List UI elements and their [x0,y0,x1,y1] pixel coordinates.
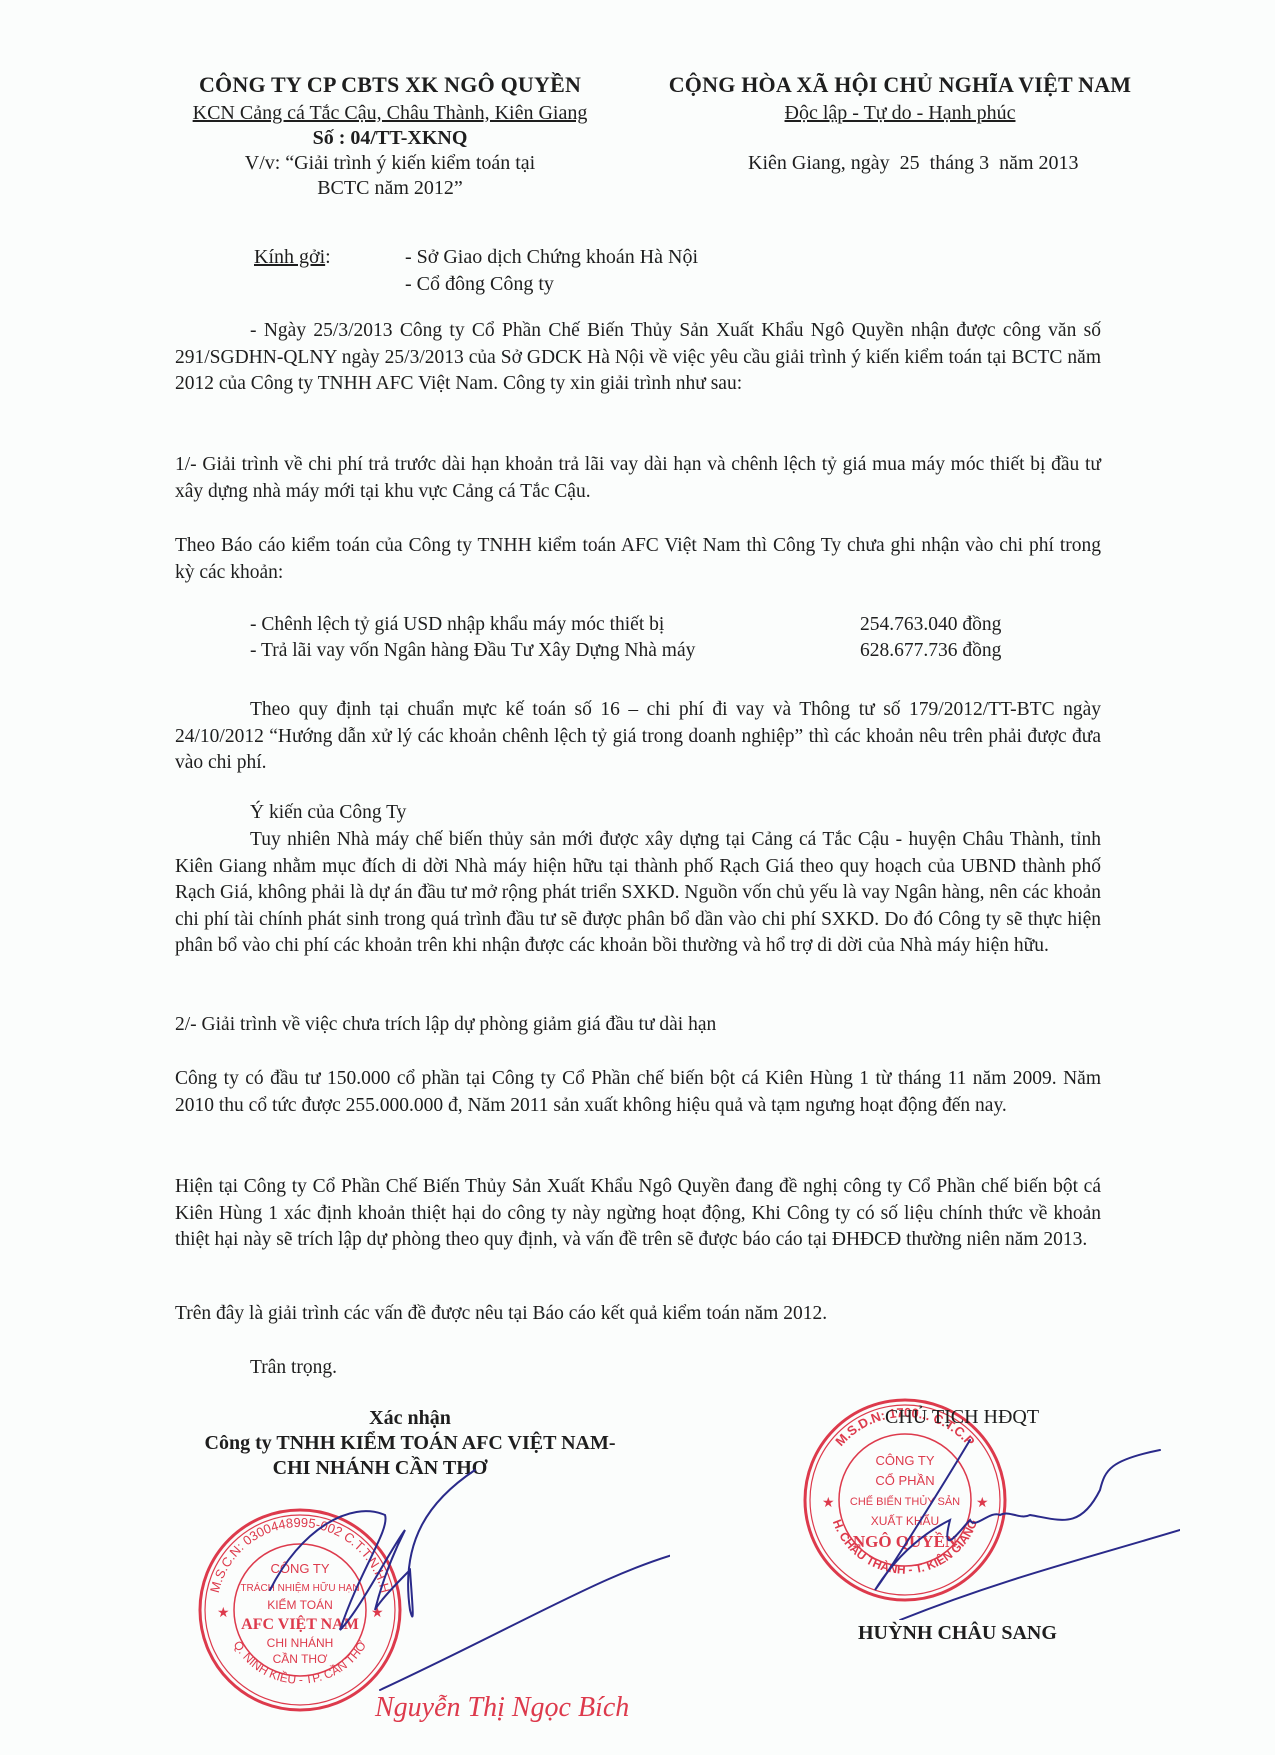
nation-title: CỘNG HÒA XÃ HỘI CHỦ NGHĨA VIỆT NAM [640,72,1160,98]
expense-item-2-amount: 628.677.736 đồng [860,640,1001,662]
auditor-org-line-1: Công ty TNHH KIỂM TOÁN AFC VIỆT NAM- [150,1431,670,1456]
regulation-paragraph: Theo quy định tại chuẩn mực kế toán số 1… [175,697,1101,777]
expense-item-2-label: - Trả lãi vay vốn Ngân hàng Đầu Tư Xây D… [250,640,695,662]
recipients-label-text: Kính gởi [254,246,325,268]
nation-motto: Độc lập - Tự do - Hạnh phúc [640,102,1160,125]
section-1-audit-finding: Theo Báo cáo kiểm toán của Công ty TNHH … [175,533,1101,586]
section-2-paragraph-2: Hiện tại Công ty Cổ Phần Chế Biến Thủy S… [175,1174,1101,1254]
confirm-label: Xác nhận [150,1406,670,1431]
header-right: CỘNG HÒA XÃ HỘI CHỦ NGHĨA VIỆT NAM Độc l… [640,72,1160,125]
regards: Trân trọng. [250,1355,337,1382]
opinion-title: Ý kiến của Công Ty [250,800,850,827]
company-name: CÔNG TY CP CBTS XK NGÔ QUYỀN [130,72,650,98]
company-address: KCN Cảng cá Tắc Cậu, Châu Thành, Kiên Gi… [130,102,650,125]
expense-item-1-label: - Chênh lệch tỷ giá USD nhập khẩu máy mó… [250,614,664,636]
recipient-2: - Cổ đông Công ty [405,273,554,296]
document-number: Số : 04/TT-XKNQ [130,127,650,150]
chairman-name: HUỲNH CHÂU SANG [858,1622,1057,1645]
recipient-1: - Sở Giao dịch Chứng khoán Hà Nội [405,246,698,269]
subject-line-1: V/v: “Giải trình ý kiến kiểm toán tại [130,152,650,175]
expense-item-1-amount: 254.763.040 đồng [860,614,1001,636]
subject-line-2: BCTC năm 2012” [130,177,650,200]
intro-paragraph: - Ngày 25/3/2013 Công ty Cổ Phần Chế Biế… [175,318,1101,398]
auditor-signature [230,1460,670,1700]
auditor-signer-name: Nguyễn Thị Ngọc Bích [375,1692,629,1724]
recipients-colon: : [325,246,331,268]
section-1-title: 1/- Giải trình về chi phí trả trước dài … [175,452,1101,505]
header-left: CÔNG TY CP CBTS XK NGÔ QUYỀN KCN Cảng cá… [130,72,650,200]
opinion-paragraph: Tuy nhiên Nhà máy chế biến thủy sản mới … [175,827,1101,960]
document-date: Kiên Giang, ngày 25 tháng 3 năm 2013 [748,152,1079,175]
section-2-paragraph-1: Công ty có đầu tư 150.000 cổ phần tại Cô… [175,1066,1101,1119]
closing-summary: Trên đây là giải trình các vấn đề được n… [175,1301,1101,1328]
chairman-signature [860,1420,1180,1620]
svg-text:★: ★ [822,1494,835,1510]
section-2-title: 2/- Giải trình về việc chưa trích lập dự… [175,1012,1101,1039]
recipients-label: Kính gởi: [254,246,331,269]
svg-text:★: ★ [217,1604,230,1620]
